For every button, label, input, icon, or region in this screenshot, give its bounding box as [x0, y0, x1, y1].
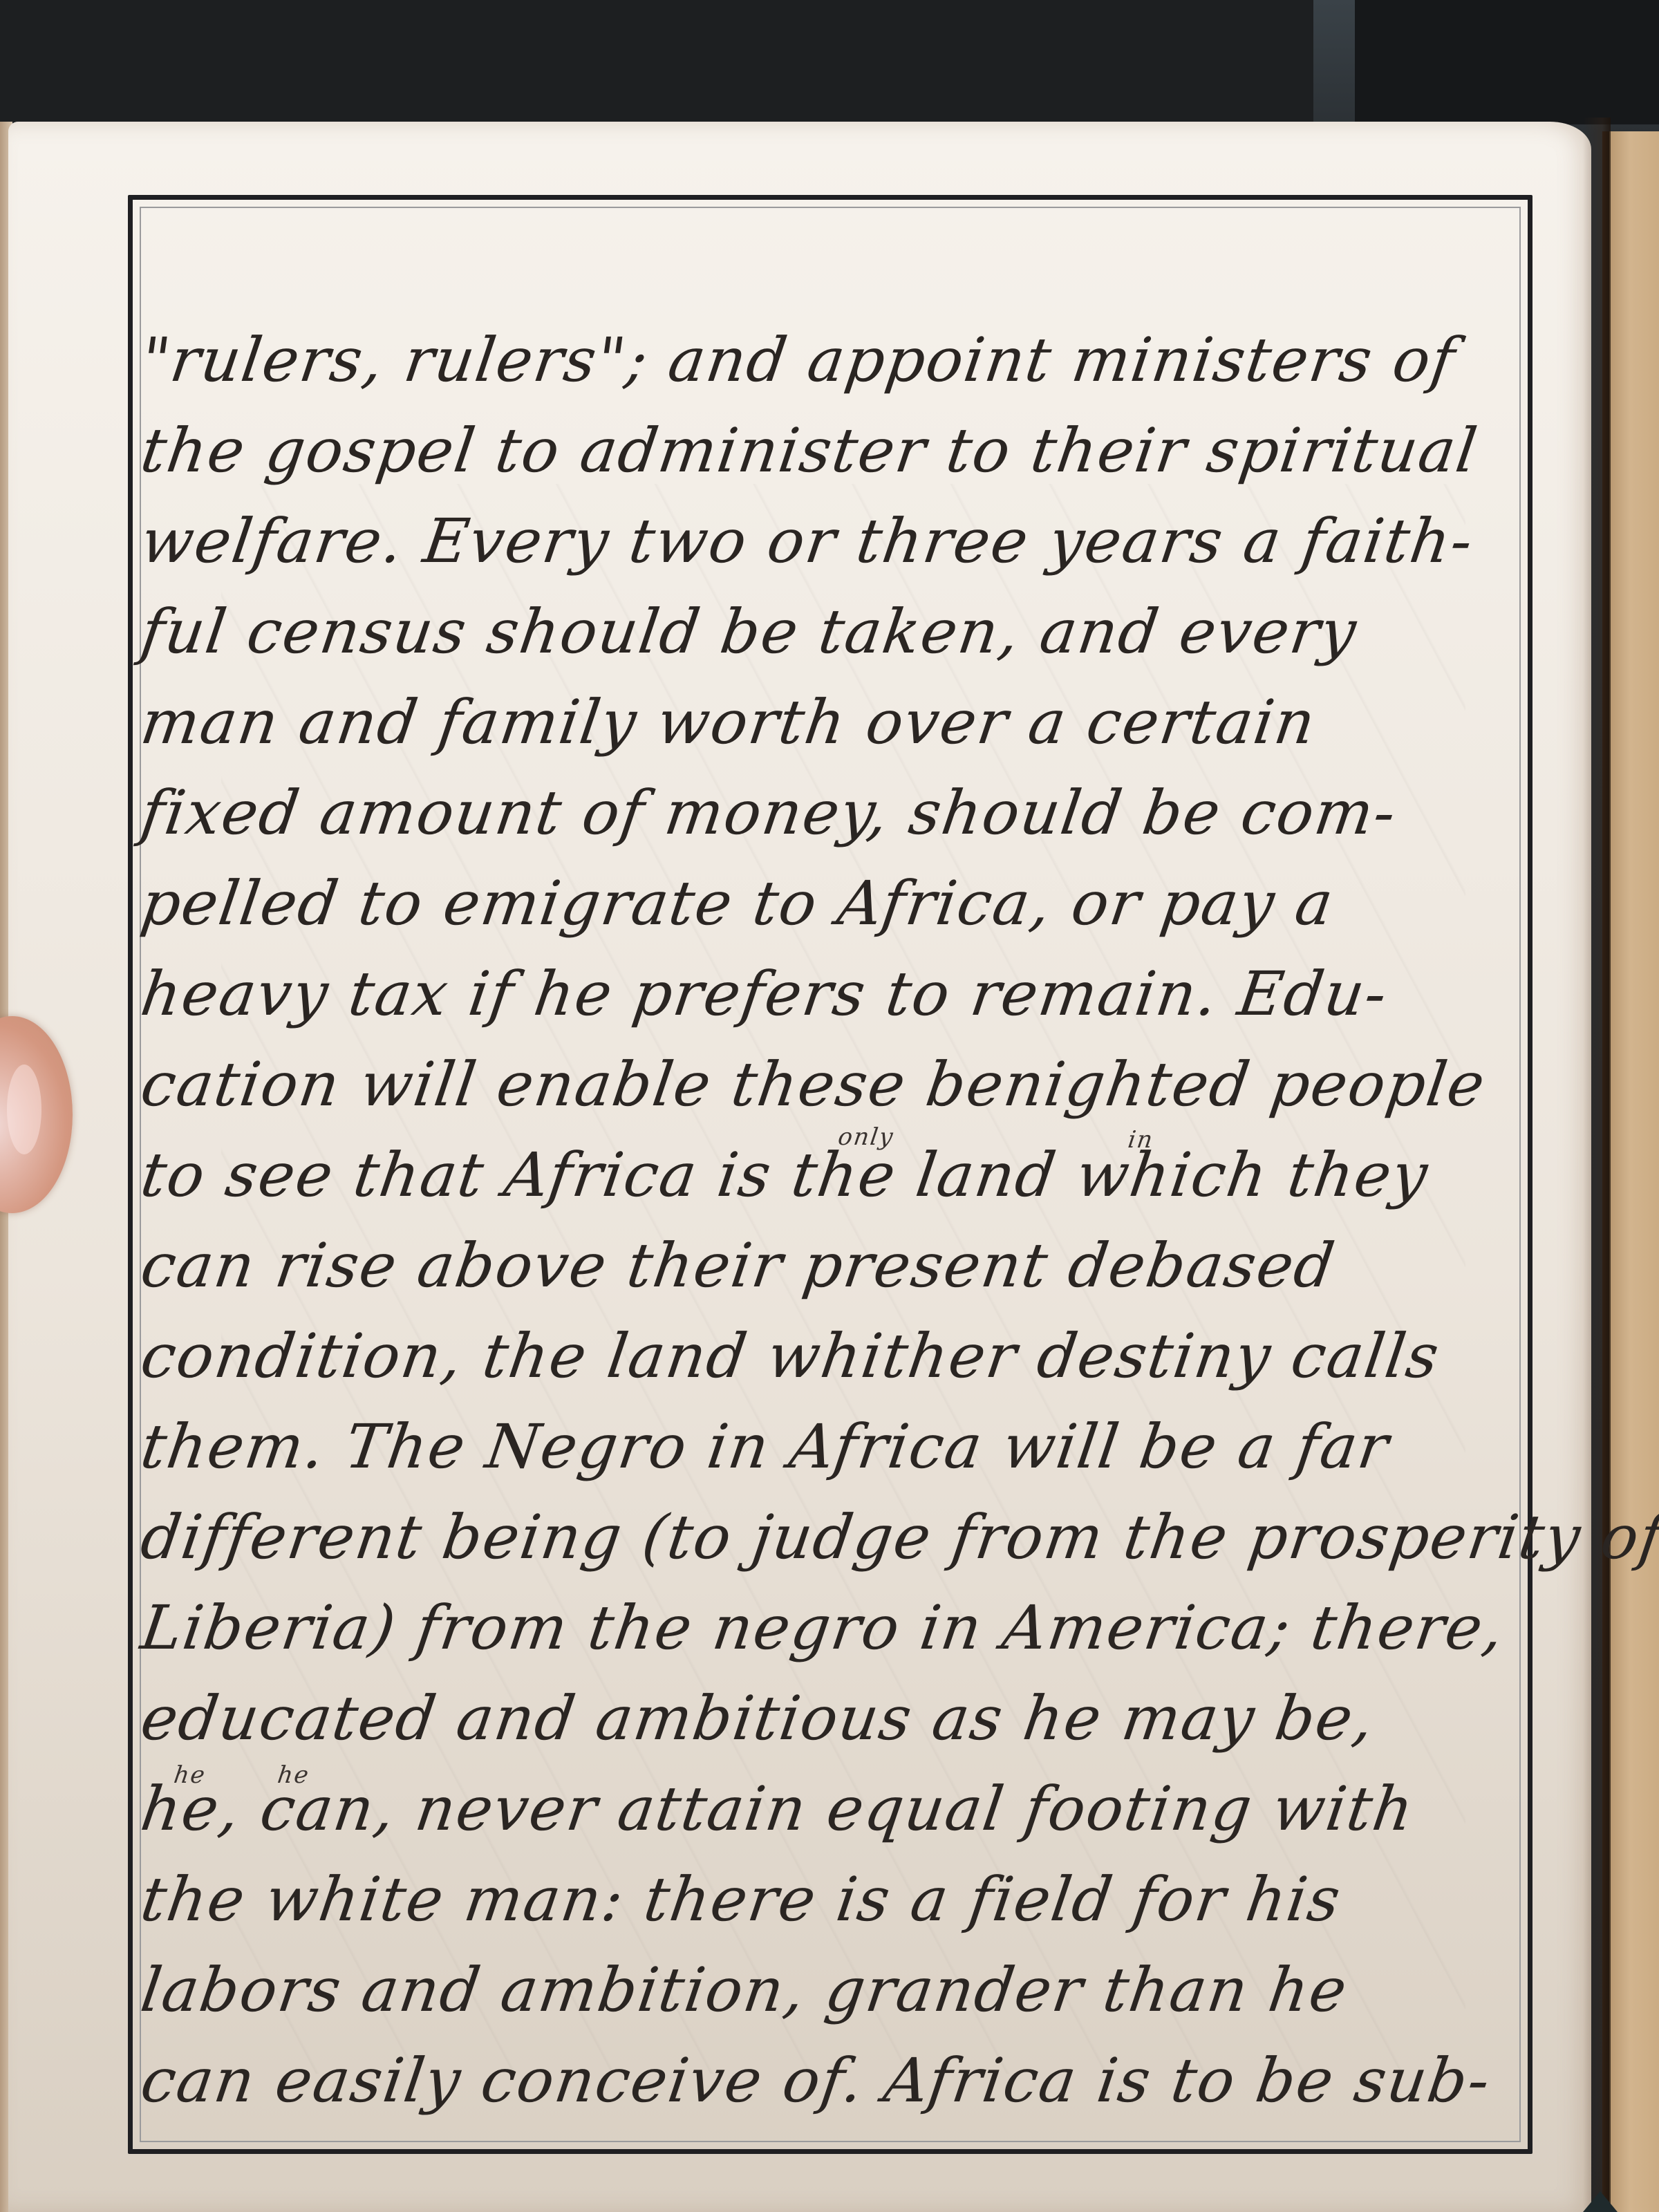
handwritten-text: "rulers, rulers"; and appoint ministers …: [142, 315, 1524, 2126]
text-line: different being (to judge from the prosp…: [135, 1492, 1530, 1582]
background-cover-panel-right: [1355, 0, 1659, 124]
text-line: ful census should be taken, and every: [135, 586, 1530, 677]
text-line: heavy tax if he prefers to remain. Edu-: [135, 948, 1530, 1039]
text-line: the gospel to administer to their spirit…: [135, 405, 1530, 496]
facing-page: [1602, 131, 1659, 2212]
book-gutter: [1583, 118, 1611, 2212]
text-line: condition, the land whither destiny call…: [135, 1311, 1530, 1401]
text-line: can easily conceive of. Africa is to be …: [135, 2035, 1530, 2126]
gutter-shadow-notch: [1583, 2191, 1618, 2212]
text-line: Liberia) from the negro in America; ther…: [135, 1582, 1530, 1673]
thumbnail-highlight: [7, 1065, 41, 1154]
interlinear-insertion: he: [276, 1763, 311, 1787]
text-line: educated and ambitious as he may be,: [135, 1673, 1530, 1763]
text-line: cation will enable these benighted peopl…: [135, 1039, 1530, 1130]
interlinear-insertion: in: [1127, 1128, 1156, 1152]
text-line: he he he, can, never attain equal footin…: [135, 1763, 1530, 1854]
interlinear-insertion: he: [172, 1763, 207, 1787]
background-cover-panel: [0, 0, 1313, 124]
text-line: them. The Negro in Africa will be a far: [135, 1401, 1530, 1492]
text-line: fixed amount of money, should be com-: [135, 767, 1530, 858]
text-line: "rulers, rulers"; and appoint ministers …: [135, 315, 1530, 405]
text-line: the white man: there is a field for his: [135, 1854, 1530, 1944]
text-line: can rise above their present debased: [135, 1220, 1530, 1311]
text-line: pelled to emigrate to Africa, or pay a: [135, 858, 1530, 948]
interlinear-insertion: only: [836, 1125, 895, 1149]
text-line: man and family worth over a certain: [135, 677, 1530, 767]
text-line: welfare. Every two or three years a fait…: [135, 496, 1530, 586]
text-line: only in to see that Africa is the land w…: [135, 1130, 1530, 1220]
text-line: labors and ambition, grander than he: [135, 1944, 1530, 2035]
